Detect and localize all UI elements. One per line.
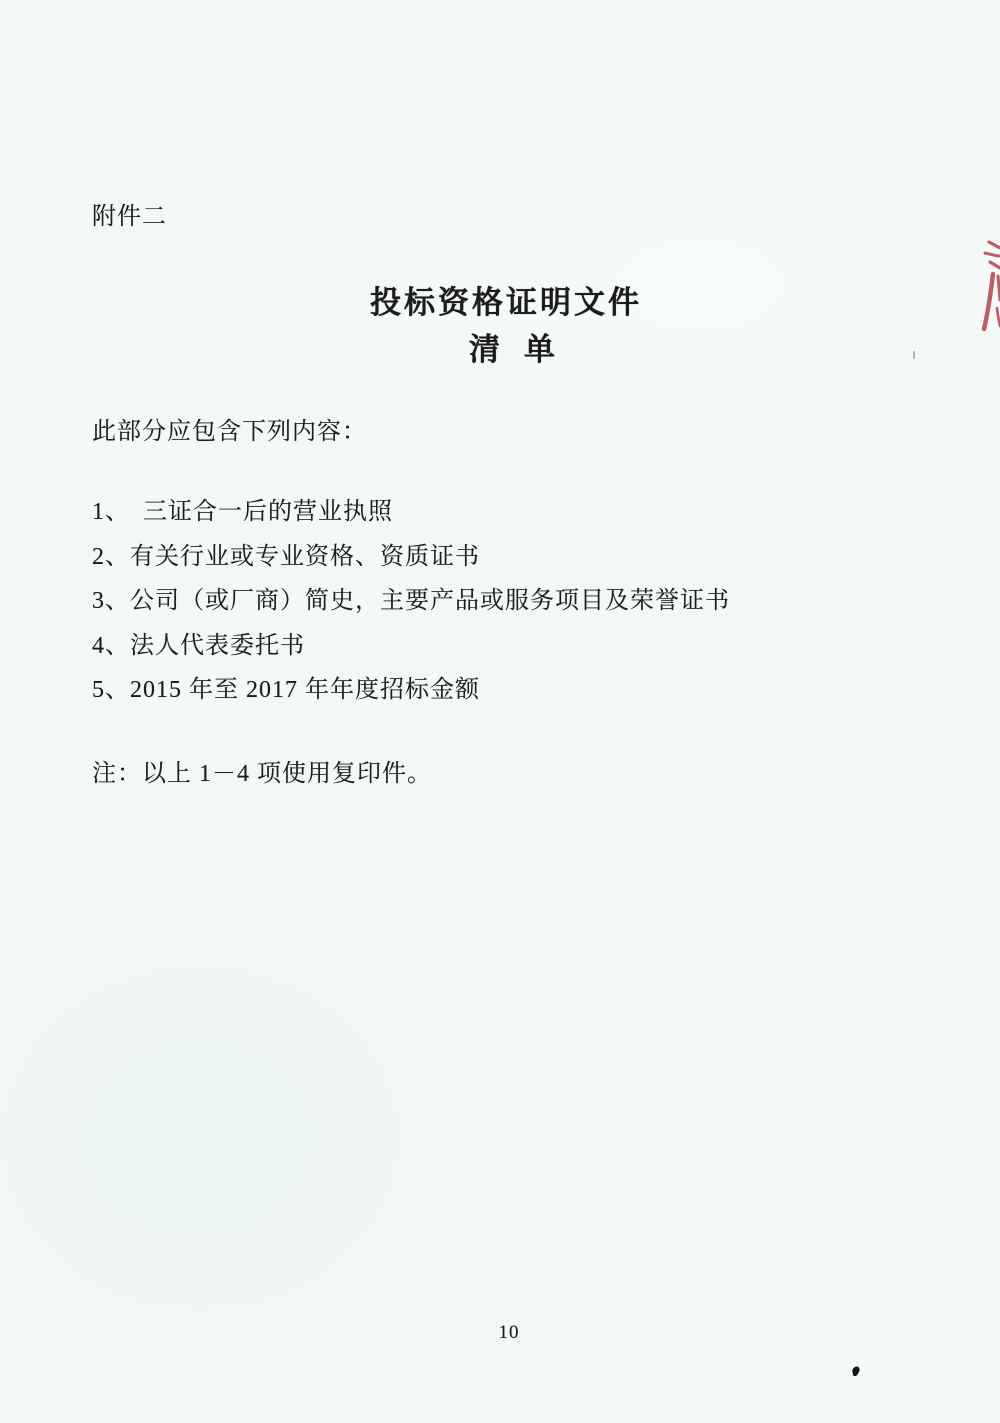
intro-line: 此部分应包含下列内容： (92, 411, 367, 446)
list-item-4: 4、法人代表委托书 (92, 626, 730, 671)
scan-fleck (913, 351, 915, 359)
red-stamp-fragment-icon (974, 238, 1000, 334)
scan-speck (851, 1365, 862, 1375)
list-item-5: 5、2015 年至 2017 年年度招标金额 (92, 670, 730, 715)
requirements-list: 1、 三证合一后的营业执照 2、有关行业或专业资格、资质证书 3、公司（或厂商）… (92, 492, 730, 715)
document-page: 附件二 投标资格证明文件 清单 此部分应包含下列内容： 1、 三证合一后的营业执… (0, 0, 1000, 1423)
page-number: 10 (499, 1322, 520, 1344)
document-title: 投标资格证明文件 (370, 277, 642, 322)
list-item-2: 2、有关行业或专业资格、资质证书 (92, 537, 730, 582)
list-item-3: 3、公司（或厂商）简史，主要产品或服务项目及荣誉证书 (92, 581, 730, 626)
document-subtitle: 清单 (445, 324, 579, 369)
list-item-1: 1、 三证合一后的营业执照 (92, 492, 730, 537)
attachment-label: 附件二 (92, 196, 167, 231)
note-line: 注：以上 1－4 项使用复印件。 (92, 753, 432, 788)
